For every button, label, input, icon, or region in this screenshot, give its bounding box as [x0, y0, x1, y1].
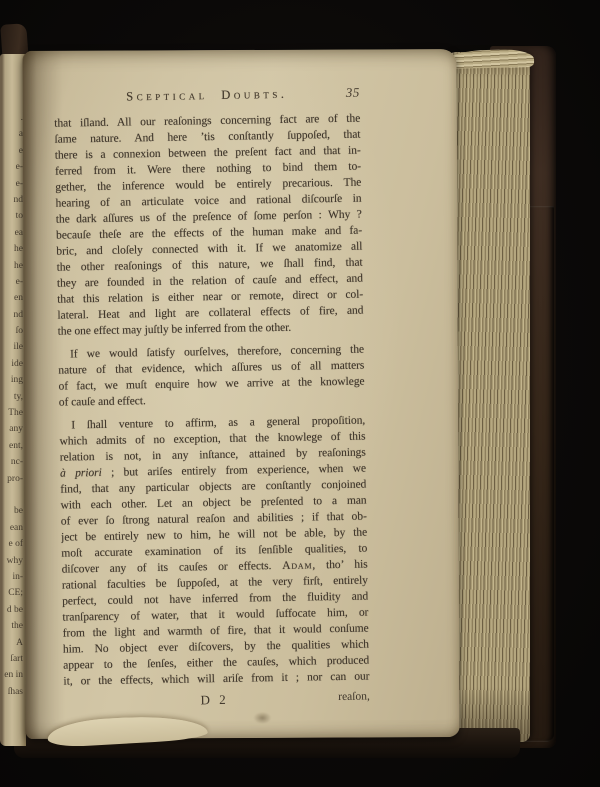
text-fragment: en	[0, 290, 23, 306]
text-fragment: ile	[0, 339, 23, 355]
running-head: Sceptical Doubts.	[126, 87, 287, 104]
book-photograph: .aee-e-ndtoeahehee-enndſoileideingty,The…	[0, 0, 600, 787]
text-fragment: e-	[0, 159, 23, 175]
text-fragment: e of	[0, 536, 23, 552]
page-number: 35	[346, 85, 360, 101]
text-fragment: ſart	[0, 651, 23, 667]
text-fragment: nd	[0, 192, 23, 208]
catchword: reaſon,	[338, 691, 370, 704]
text-fragment: e-	[0, 274, 23, 290]
text-fragment: .	[0, 110, 23, 126]
text-fragment: ent,	[0, 438, 23, 454]
text-fragment: A	[0, 635, 23, 651]
text-segment: lateral. Heat and light are collateral e…	[57, 305, 363, 322]
text-segment: of cauſe and effect.	[59, 395, 146, 408]
text-fragment: ſo	[0, 323, 23, 339]
text-fragment: ſhas	[0, 684, 23, 700]
ink-smudge	[253, 712, 271, 724]
body-text: that iſland. All our reaſonings concerni…	[54, 111, 369, 690]
text-fragment: d be	[0, 602, 23, 618]
text-fragment: CE;	[0, 585, 23, 601]
text-fragment: any	[0, 421, 23, 437]
book-page: Sceptical Doubts. 35 that iſland. All ou…	[23, 49, 460, 739]
text-fragment: pro-	[0, 471, 23, 487]
printed-text-block: Sceptical Doubts. 35 that iſland. All ou…	[54, 84, 370, 712]
text-segment: of fact, we muſt enquire how we arrive a…	[59, 376, 365, 393]
text-fragment: he	[0, 258, 23, 274]
text-fragment: ean	[0, 520, 23, 536]
text-fragment: ide	[0, 356, 23, 372]
text-segment: , tho’ his	[312, 559, 367, 572]
paragraph: that iſland. All our reaſonings concerni…	[54, 111, 364, 340]
text-fragment: in-	[0, 569, 23, 585]
footer-row: D 2 reaſon,	[64, 690, 370, 712]
text-fragment: e	[0, 143, 23, 159]
text-segment: diſcover any of its cauſes or effects.	[62, 560, 283, 576]
text-segment: the one effect may juſtly be inferred fr…	[58, 322, 292, 338]
text-fragment: e-	[0, 176, 23, 192]
text-fragment: ea	[0, 225, 23, 241]
paragraph: I ſhall venture to affirm, as a general …	[59, 413, 369, 690]
text-fragment: to	[0, 208, 23, 224]
text-segment: Adam	[282, 559, 312, 571]
text-fragment: the	[0, 618, 23, 634]
signature-mark: D 2	[200, 692, 228, 708]
text-fragment: The	[0, 405, 23, 421]
header-row: Sceptical Doubts. 35	[54, 84, 360, 109]
text-fragment: nc-	[0, 454, 23, 470]
text-fragment: ty,	[0, 389, 23, 405]
text-fragment: nd	[0, 307, 23, 323]
text-fragment: en in	[0, 667, 23, 683]
text-fragment: ing	[0, 372, 23, 388]
text-segment: à priori	[60, 467, 102, 480]
text-fragment: a	[0, 126, 23, 142]
text-fragment: he	[0, 241, 23, 257]
paragraph: If we would ſatisfy ourſelves, therefore…	[58, 342, 365, 411]
text-fragment	[0, 487, 23, 503]
text-fragment: be	[0, 503, 23, 519]
text-fragment: why	[0, 553, 23, 569]
text-segment: it, or the effects, which will ariſe fro…	[63, 671, 369, 688]
